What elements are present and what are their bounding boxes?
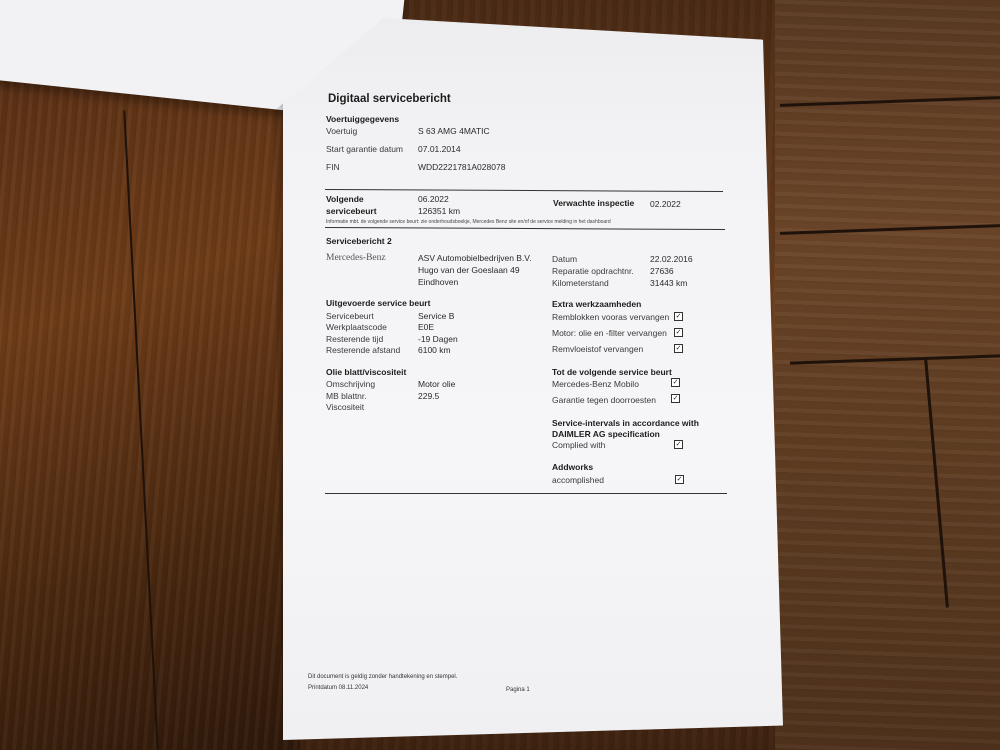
- divider: [325, 189, 723, 192]
- workshop-code-value: E0E: [418, 322, 434, 332]
- oil-description-value: Motor olie: [418, 379, 455, 389]
- service-report-heading: Servicebericht 2: [326, 236, 392, 246]
- service-type-value: Service B: [418, 311, 454, 321]
- checkbox-checked: ✓: [674, 440, 683, 449]
- checkbox-checked: ✓: [671, 394, 680, 403]
- oil-heading: Olie blatt/viscositeit: [326, 367, 406, 377]
- checkbox-checked: ✓: [674, 344, 683, 353]
- divider: [325, 493, 727, 494]
- brand-wordmark: Mercedes-Benz: [326, 253, 386, 263]
- checkbox-checked: ✓: [674, 328, 683, 337]
- mb-sheet-label: MB blattnr.: [326, 391, 367, 401]
- dealer-address: Hugo van der Goeslaan 49: [418, 265, 520, 275]
- remaining-time-value: -19 Dagen: [418, 334, 458, 344]
- service-report-document: Digitaal servicebericht Voertuiggegevens…: [0, 0, 1000, 750]
- date-value: 22.02.2016: [650, 254, 693, 264]
- repair-order-label: Reparatie opdrachtnr.: [552, 266, 634, 276]
- until-next-item: Garantie tegen doorroesten: [552, 395, 656, 405]
- next-service-info: Informatie mbt. de volgende service beur…: [326, 219, 611, 225]
- service-type-label: Servicebeurt: [326, 311, 374, 321]
- dealer-name: ASV Automobielbedrijven B.V.: [418, 253, 532, 263]
- warranty-start-label: Start garantie datum: [326, 144, 403, 154]
- odometer-label: Kilometerstand: [552, 278, 609, 288]
- document-title: Digitaal servicebericht: [328, 93, 451, 105]
- fin-value: WDD2221781A028078: [418, 162, 505, 172]
- workshop-code-label: Werkplaatscode: [326, 322, 387, 332]
- extra-work-item: Remblokken vooras vervangen: [552, 312, 669, 322]
- oil-description-label: Omschrijving: [326, 379, 375, 389]
- remaining-distance-value: 6100 km: [418, 345, 451, 355]
- intervals-item: Complied with: [552, 440, 605, 450]
- inspection-date: 02.2022: [650, 199, 681, 209]
- remaining-distance-label: Resterende afstand: [326, 345, 400, 355]
- checkbox-checked: ✓: [671, 378, 680, 387]
- dealer-city: Eindhoven: [418, 277, 458, 287]
- fin-label: FIN: [326, 162, 340, 172]
- vehicle-value: S 63 AMG 4MATIC: [418, 126, 490, 136]
- page-number: Pagina 1: [506, 687, 530, 693]
- addworks-item: accomplished: [552, 475, 604, 485]
- until-next-heading: Tot de volgende service beurt: [552, 367, 672, 377]
- next-service-label-1: Volgende: [326, 194, 364, 204]
- print-date: Printdatum 08.11.2024: [308, 685, 368, 691]
- intervals-heading-2: DAIMLER AG specification: [552, 429, 660, 439]
- validity-note: Dit document is geldig zonder handtekeni…: [308, 674, 457, 680]
- mb-sheet-value: 229.5: [418, 391, 439, 401]
- warranty-start-value: 07.01.2014: [418, 144, 461, 154]
- viscosity-label: Viscositeit: [326, 402, 364, 412]
- checkbox-checked: ✓: [674, 312, 683, 321]
- extra-work-heading: Extra werkzaamheden: [552, 299, 641, 309]
- extra-work-item: Remvloeistof vervangen: [552, 344, 643, 354]
- vehicle-label: Voertuig: [326, 126, 357, 136]
- inspection-label: Verwachte inspectie: [553, 198, 634, 208]
- until-next-item: Mercedes-Benz Mobilo: [552, 379, 639, 389]
- date-label: Datum: [552, 254, 577, 264]
- intervals-heading-1: Service-intervals in accordance with: [552, 418, 699, 428]
- vehicle-heading: Voertuiggegevens: [326, 114, 399, 124]
- next-service-label-2: servicebeurt: [326, 206, 377, 216]
- performed-service-heading: Uitgevoerde service beurt: [326, 298, 430, 308]
- extra-work-item: Motor: olie en -filter vervangen: [552, 328, 667, 338]
- remaining-time-label: Resterende tijd: [326, 334, 383, 344]
- next-service-date: 06.2022: [418, 194, 449, 204]
- next-service-km: 126351 km: [418, 206, 460, 216]
- divider: [325, 227, 725, 230]
- addworks-heading: Addworks: [552, 462, 593, 472]
- odometer-value: 31443 km: [650, 278, 687, 288]
- repair-order-value: 27636: [650, 266, 674, 276]
- checkbox-checked: ✓: [675, 475, 684, 484]
